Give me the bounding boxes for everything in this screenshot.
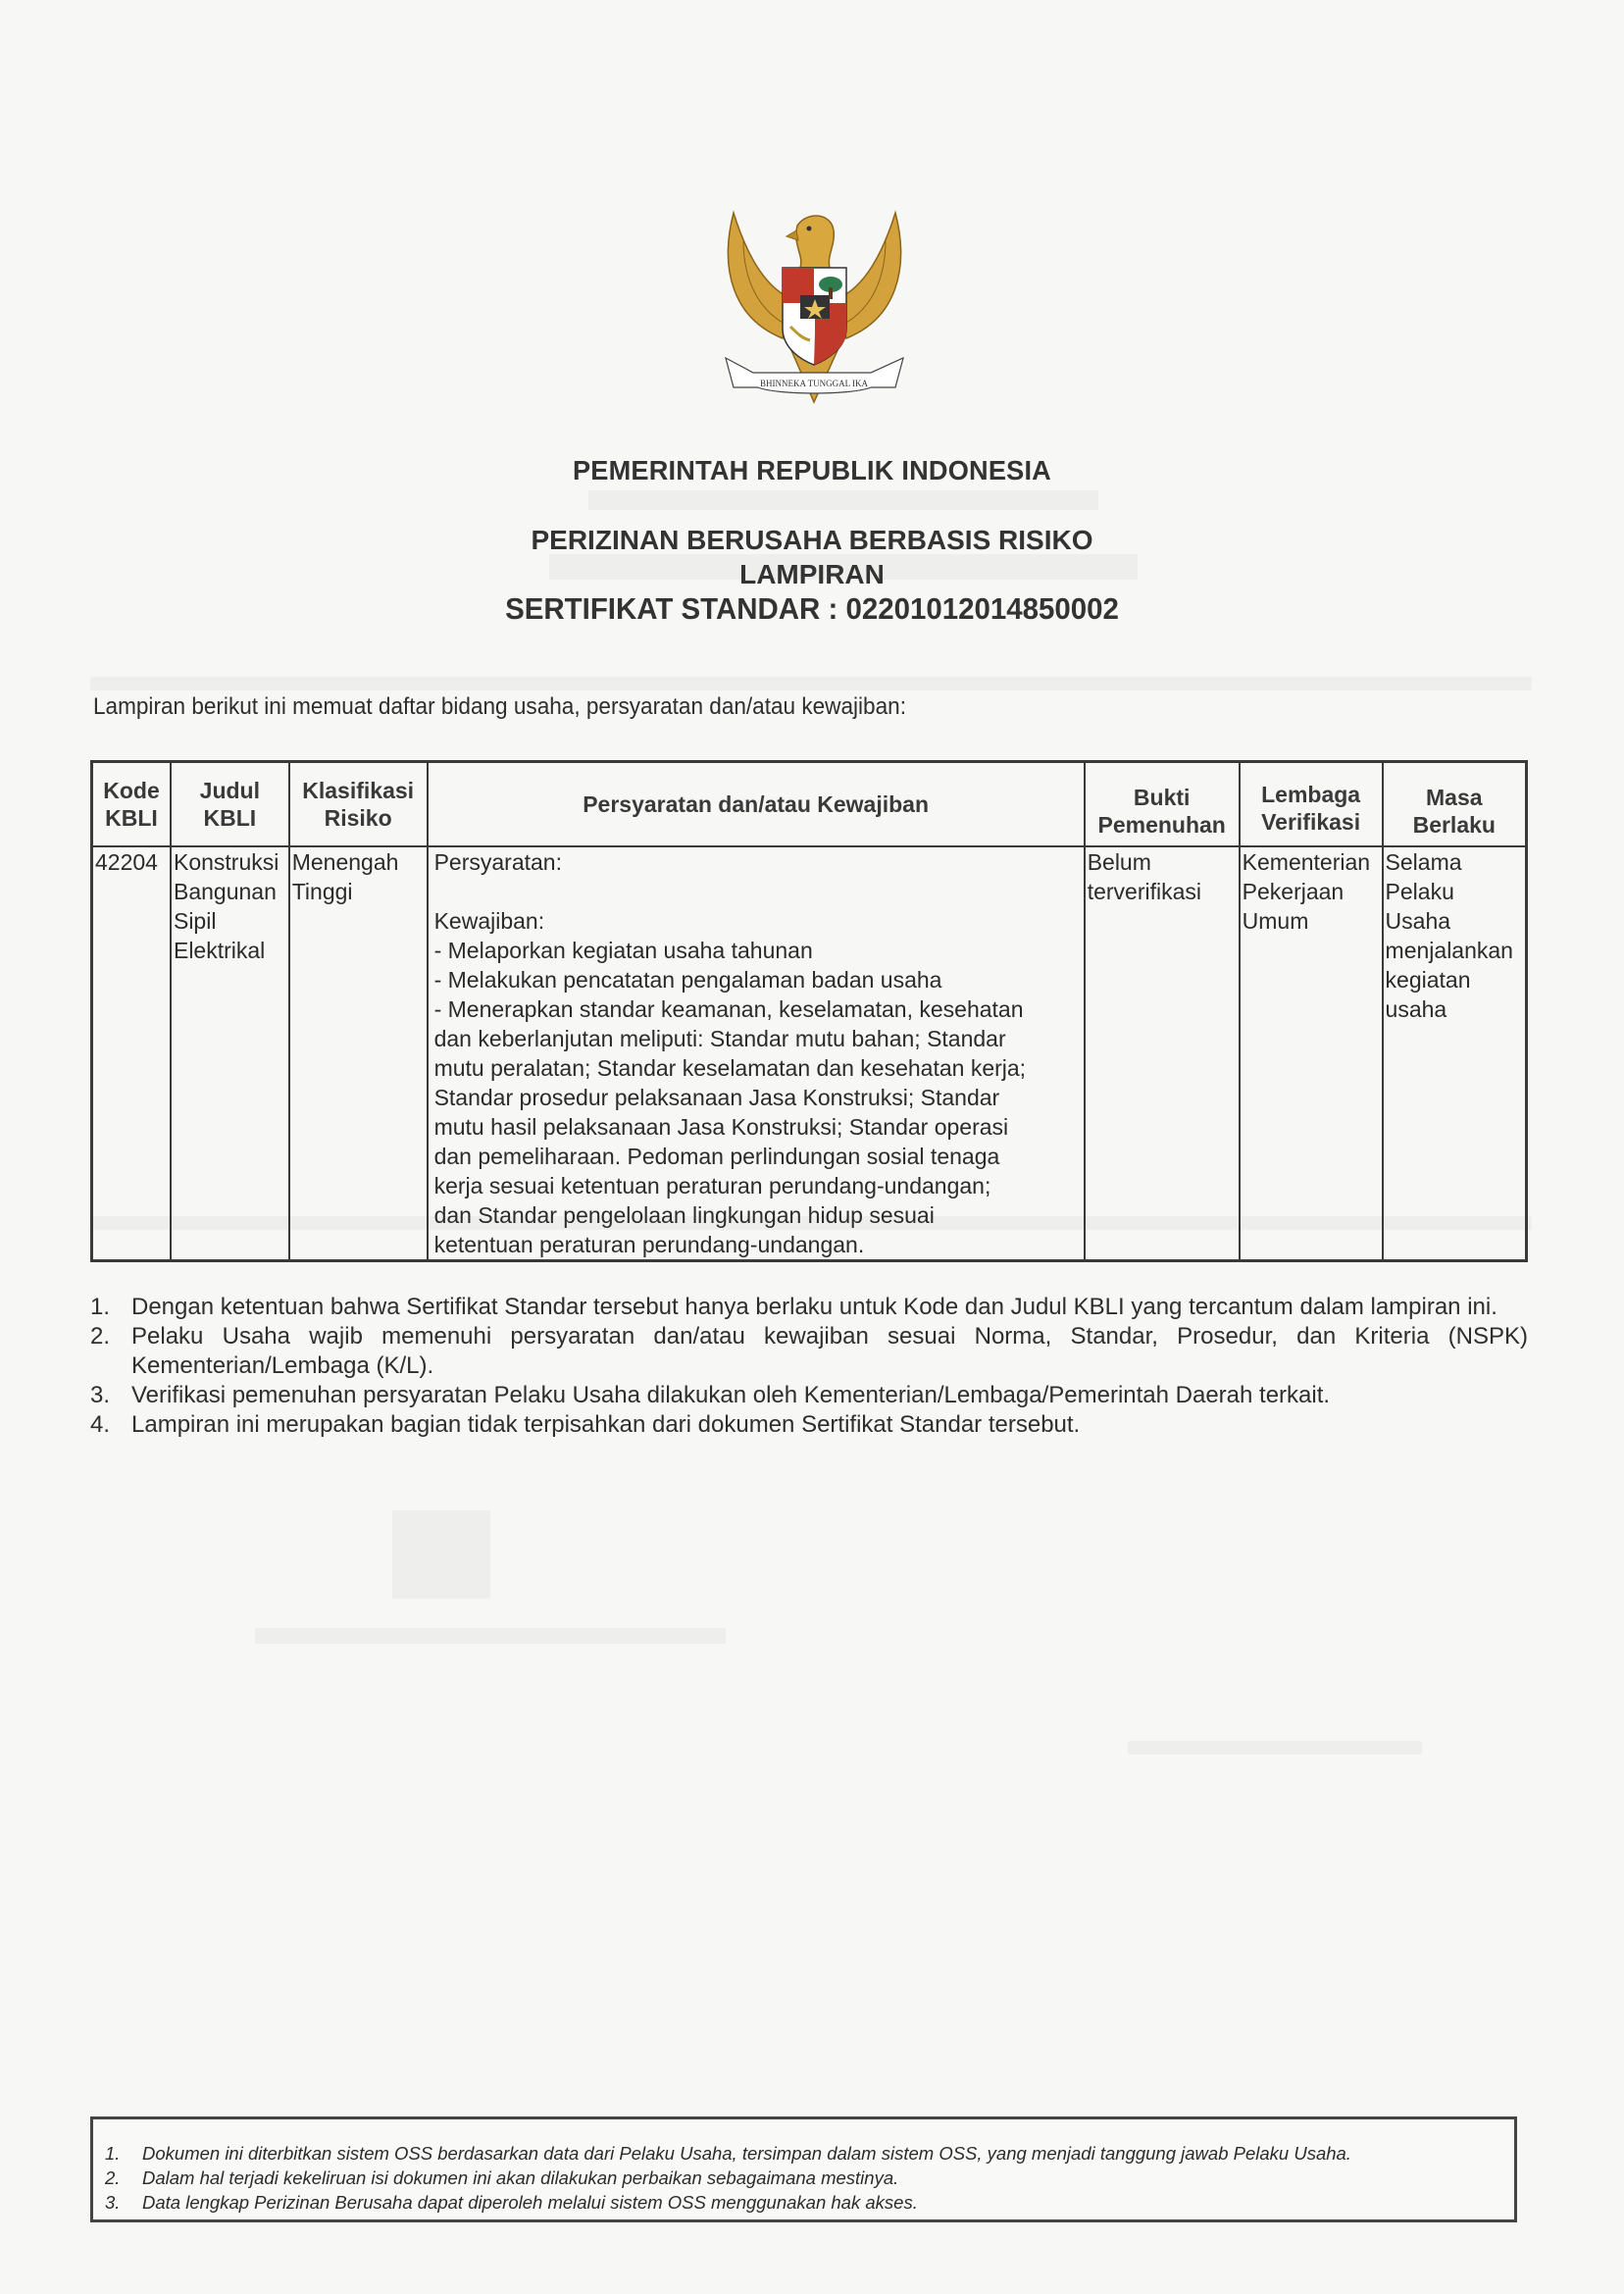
intro-text: Lampiran berikut ini memuat daftar bidan… <box>93 693 906 721</box>
bleed-through-mark <box>392 1510 490 1599</box>
header-bukti-pemenuhan: BuktiPemenuhan <box>1085 762 1240 847</box>
note-item: 1.Dengan ketentuan bahwa Sertifikat Stan… <box>90 1293 1528 1322</box>
kewajiban-line: mutu hasil pelaksanaan Jasa Konstruksi; … <box>434 1112 1082 1142</box>
svg-text:BHINNEKA TUNGGAL IKA: BHINNEKA TUNGGAL IKA <box>760 379 868 388</box>
disclaimer-item: 2.Dalam hal terjadi kekeliruan isi dokum… <box>93 2166 1514 2190</box>
note-item: 4.Lampiran ini merupakan bagian tidak te… <box>90 1410 1528 1440</box>
cell-klasifikasi-risiko: Menengah Tinggi <box>289 846 428 1261</box>
garuda-emblem-icon: BHINNEKA TUNGGAL IKA <box>714 201 915 417</box>
disclaimer-list: 1.Dokumen ini diterbitkan sistem OSS ber… <box>93 2119 1514 2215</box>
kewajiban-line: - Melakukan pencatatan pengalaman badan … <box>434 965 1082 994</box>
header-lembaga-verifikasi: LembagaVerifikasi <box>1240 762 1383 847</box>
cell-lembaga-verifikasi: Kementerian Pekerjaan Umum <box>1240 846 1383 1261</box>
cell-bukti-pemenuhan: Belum terverifikasi <box>1085 846 1240 1261</box>
cell-kode-kbli: 42204 <box>92 846 171 1261</box>
kewajiban-line: Standar prosedur pelaksanaan Jasa Konstr… <box>434 1083 1082 1112</box>
disclaimer-item: 1.Dokumen ini diterbitkan sistem OSS ber… <box>93 2141 1514 2166</box>
bleed-through-mark <box>588 490 1098 510</box>
kewajiban-line: mutu peralatan; Standar keselamatan dan … <box>434 1053 1082 1083</box>
bleed-through-mark <box>90 677 1532 690</box>
header-persyaratan: Persyaratan dan/atau Kewajiban <box>428 762 1085 847</box>
document-subtitle: LAMPIRAN <box>0 559 1624 590</box>
header-masa-berlaku: MasaBerlaku <box>1383 762 1527 847</box>
cell-judul-kbli: Konstruksi Bangunan Sipil Elektrikal <box>171 846 289 1261</box>
kewajiban-line: - Melaporkan kegiatan usaha tahunan <box>434 936 1082 965</box>
note-item: 3.Verifikasi pemenuhan persyaratan Pelak… <box>90 1381 1528 1410</box>
government-heading: PEMERINTAH REPUBLIK INDONESIA <box>25 455 1599 486</box>
header-kode-kbli: KodeKBLI <box>92 762 171 847</box>
bleed-through-mark <box>255 1628 726 1644</box>
kewajiban-label: Kewajiban: <box>434 906 1082 936</box>
bleed-through-mark <box>1128 1741 1422 1755</box>
notes-list: 1.Dengan ketentuan bahwa Sertifikat Stan… <box>90 1293 1528 1440</box>
kewajiban-line: dan keberlanjutan meliputi: Standar mutu… <box>434 1024 1082 1053</box>
cell-persyaratan-kewajiban: Persyaratan: Kewajiban: - Melaporkan keg… <box>428 846 1085 1261</box>
certificate-number: SERTIFIKAT STANDAR : 02201012014850002 <box>40 591 1583 627</box>
document-title: PERIZINAN BERUSAHA BERBASIS RISIKO <box>0 525 1624 556</box>
persyaratan-label: Persyaratan: <box>434 847 1082 877</box>
kewajiban-line: dan Standar pengelolaan lingkungan hidup… <box>434 1200 1082 1230</box>
cell-masa-berlaku: Selama Pelaku Usaha menjalankan kegiatan… <box>1383 846 1527 1261</box>
table-header-row: KodeKBLI JudulKBLI KlasifikasiRisiko Per… <box>92 762 1527 847</box>
table-row: 42204 Konstruksi Bangunan Sipil Elektrik… <box>92 846 1527 1261</box>
disclaimer-box: 1.Dokumen ini diterbitkan sistem OSS ber… <box>90 2116 1517 2222</box>
header-judul-kbli: JudulKBLI <box>171 762 289 847</box>
disclaimer-item: 3.Data lengkap Perizinan Berusaha dapat … <box>93 2190 1514 2215</box>
kewajiban-line: dan pemeliharaan. Pedoman perlindungan s… <box>434 1142 1082 1171</box>
kewajiban-line: - Menerapkan standar keamanan, keselamat… <box>434 994 1082 1024</box>
header-klasifikasi-risiko: KlasifikasiRisiko <box>289 762 428 847</box>
kewajiban-line: ketentuan peraturan perundang-undangan. <box>434 1230 1082 1259</box>
kewajiban-line: kerja sesuai ketentuan peraturan perunda… <box>434 1171 1082 1200</box>
note-item: 2.Pelaku Usaha wajib memenuhi persyarata… <box>90 1322 1528 1381</box>
kbli-table: KodeKBLI JudulKBLI KlasifikasiRisiko Per… <box>90 760 1528 1262</box>
